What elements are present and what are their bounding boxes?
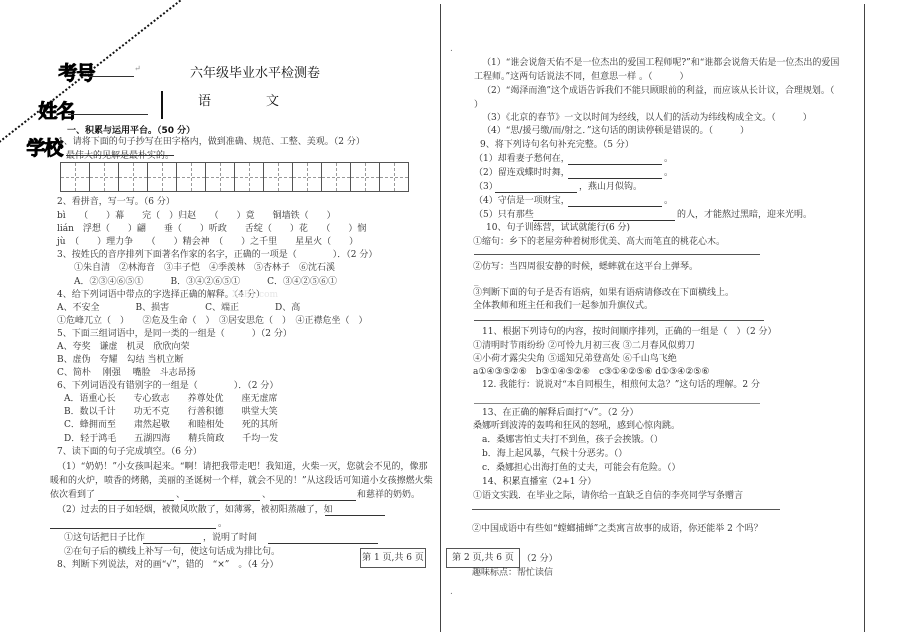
q12-text: 12. 我能行：说说对“本自同根生，相煎何太急？”这句话的理解。2 分 [482, 379, 760, 391]
answer-blank[interactable] [50, 518, 216, 529]
grid-cell[interactable] [380, 163, 409, 191]
q13-option: a．桑娜害怕丈夫打不到鱼，孩子会挨饿。（） [482, 434, 663, 446]
grid-cell[interactable] [264, 163, 293, 191]
q2-row: jù （ ）理力争 （ ）精会神 （ ）之千里 星星火（ ） [57, 236, 358, 248]
q8-item: 工程师。”这两句话说法不同，但意思一样 。（ ） [474, 71, 688, 83]
answer-blank[interactable] [325, 505, 385, 516]
answer-blank[interactable] [270, 490, 356, 501]
q13-text: 13、在正确的解释后面打“√”。（2 分） [482, 407, 638, 419]
q7-passage-prefix: 依次看到了 [50, 489, 95, 501]
q3-text: 3、按姓氏的音序排列下面著名作家的名字，正确的一项是（ ）．（2 分） [57, 249, 377, 261]
q9-prefix: （4）守信是一项财宝， [474, 195, 570, 207]
score-label: （2 分） [522, 553, 558, 565]
q5-option: B、虚伪 夸耀 勾结 当机立断 [57, 354, 183, 366]
q4-meanings: A、不安全 B、损害 C、端正 D、高 [57, 302, 300, 314]
school-label: 学校 [26, 133, 62, 160]
q8-item: （2）“竭泽而渔”这个成语告诉我们不能只顾眼前的利益，而应该从长计议，合理规划。… [482, 85, 834, 97]
grid-cell[interactable] [351, 163, 380, 191]
fun-punctuation: 趣味标点：帮忙读信 [472, 567, 553, 579]
cursor-bar [161, 91, 163, 119]
subject-char-1: 语 [198, 90, 211, 109]
q9-suffix: 。 [664, 195, 673, 207]
q6-text: 6、下列词语没有错别字的一组是（ ）．（2 分） [57, 380, 278, 392]
q7-passage: （1）“奶奶！”小女孩叫起来。“啊！请把我带走吧！我知道，火柴一灭，您就会不见的… [57, 461, 428, 473]
grid-cell[interactable] [177, 163, 206, 191]
q14-text: 14、积累直播室（2+1 分） [482, 476, 596, 488]
q10-3: ③判断下面的句子是否有语病，如果有语病请修改在下面横线上。 [473, 287, 734, 299]
q11-options: a①④③⑤②⑥ b③①④⑤②⑥ c③①④②⑤⑥ d①③④②⑤⑥ [473, 366, 709, 378]
q8-item: ） [474, 99, 483, 111]
answer-line[interactable] [474, 320, 764, 321]
return-mark-icon: ↵ [134, 64, 141, 73]
q10-text: 10、句子训练营，试试就能行(6 分) [486, 222, 630, 234]
q8-item: （3）《北京的春节》一文以时间为经线，以人们的活动为纬线构成全文。（ ） [482, 112, 812, 124]
q4-items: ①危峰兀立（ ） ②危及生命（ ） ③居安思危（ ） ④正襟危坐（ ） [57, 315, 368, 327]
exam-number-field[interactable] [88, 66, 134, 77]
answer-blank[interactable] [98, 490, 174, 501]
q6-option: D．轻于鸿毛 五湖四海 精兵简政 千均一发 [64, 433, 278, 445]
q6-option: B．数以千计 功无不克 行善积德 哄堂大笑 [64, 406, 278, 418]
q2-text: 2、看拼音，写一写。（6 分） [57, 196, 175, 208]
q11-text: 11、根据下列诗句的内容，按时间顺序排列，正确的一组是（ ）（2 分） [482, 326, 777, 338]
grid-cell[interactable] [119, 163, 148, 191]
answer-line[interactable] [474, 403, 760, 404]
q5-option: C、简朴 刚强 嘴脸 斗志昂扬 [57, 367, 196, 379]
subject-char-2: 文 [266, 90, 279, 109]
q7-sub1-prefix: ①这句话把日子比作 [64, 532, 145, 544]
page-number-box: 第 1 页,共 6 页 [360, 548, 426, 568]
q13-option: c．桑娜担心出海打鱼的丈夫，可能会有危险。（） [482, 462, 681, 474]
answer-blank[interactable] [184, 490, 260, 501]
section-1-heading: 一、积累与运用平台。（50 分） [67, 123, 195, 136]
answer-blank[interactable] [568, 154, 662, 165]
q9-suffix: 的人，才能熬过黑暗，迎来光明。 [677, 209, 812, 221]
q9-text: 9、将下列诗句名句补充完整。（5 分） [480, 139, 634, 151]
q1-sentence: 最伟大的见解是最朴实的。 [66, 150, 174, 162]
q9-suffix: ，燕山月似钩。 [579, 181, 642, 193]
q13-option: b．海上起风暴，气候十分恶劣。（） [482, 448, 627, 460]
grid-cell[interactable] [90, 163, 119, 191]
q1-text: 1、请将下面的句子抄写在田字格内，做到准确、规范、工整、美观。（2 分） [58, 136, 365, 148]
name-field[interactable] [68, 104, 148, 115]
grid-cell[interactable] [61, 163, 90, 191]
q7-sub1-mid: ，说明了时间 [203, 532, 257, 544]
q14-2: ②中国成语中有些如“螳螂捕蝉”之类寓言故事的成语，你还能举 2 个吗？ [472, 523, 763, 535]
q6-option: A．语重心长 专心致志 养尊处优 座无虚席 [64, 393, 278, 405]
q9-prefix: （5）只有那些 [474, 209, 534, 221]
q9-prefix: （1）却看妻子愁何在， [474, 153, 570, 165]
q3-options: A．②③④⑥⑤① B．③④②⑥⑤① C．③④②⑤⑥① [74, 276, 337, 288]
answer-blank[interactable] [533, 210, 675, 221]
exam-title: 六年级毕业水平检测卷 [190, 62, 320, 81]
q7-sub2: ②在句子后的横线上补写一句，使这句话成为排比句。 [64, 546, 280, 558]
q7-passage: 暖和的火炉，喷香的烤鹅，美丽的圣诞树一个样，就会不见的！”从这段话可知道小女孩擦… [50, 475, 433, 487]
answer-blank[interactable] [568, 196, 662, 207]
period: 。 [218, 518, 227, 530]
grid-cell[interactable] [293, 163, 322, 191]
answer-blank[interactable] [568, 168, 662, 179]
q9-prefix: （2）留连戏蝶时时舞， [474, 167, 570, 179]
answer-blank[interactable] [268, 533, 378, 544]
page-right-border [864, 4, 865, 632]
q10-1: ①缩句：乡下的老屋旁种着树形优美、高大而笔直的桃花心木。 [473, 236, 725, 248]
q13-sentence: 桑娜听到波涛的轰鸣和狂风的怒吼，感到心惊肉跳。 [473, 420, 680, 432]
grid-cell[interactable] [235, 163, 264, 191]
q9-suffix: 。 [664, 167, 673, 179]
dash-mark: _ [474, 275, 479, 287]
q8-item: （1）“谁会说詹天佑不是一位杰出的爱国工程师呢?”和“谁都会说詹天佑是一位杰出的… [482, 57, 839, 69]
writing-grid[interactable] [60, 162, 409, 192]
q2-row: lián 浮想（ ）翩 垂（ ）听政 舌绽（ ）花 （ ）悯 [57, 223, 366, 235]
q7-text: 7、读下面的句子完成填空。（6 分） [57, 446, 202, 458]
q3-names: ①朱自清 ②林海音 ③丰子恺 ④季羡林 ⑤杏林子 ⑥沈石溪 [74, 262, 335, 274]
q11-line: ①清明时节雨纷纷 ②可怜九月初三夜 ③二月春风似剪刀 [473, 340, 695, 352]
q9-suffix: 。 [664, 153, 673, 165]
q8-item: （4）“思/援弓缴/而/射之．”这句话的朗读停顿是错误的。（ ） [482, 125, 749, 137]
q2-row: bì （ ）幕 完（ ）归赵 （ ）竟 铜墙铁（ ） [57, 210, 336, 222]
q10-3-sentence: 全体教师和班主任和我们一起参加升旗仪式。 [473, 300, 653, 312]
dot-mark: . [450, 43, 453, 55]
q6-option: C．蜂拥而至 肃然起敬 和睦相处 死的其所 [64, 419, 278, 431]
q14-1: ①语文实践．在毕业之际，请你给一直缺乏自信的李亮同学写条赠言 [473, 490, 743, 502]
answer-blank[interactable] [143, 533, 201, 544]
q5-text: 5、下面三组词语中，是同一类的一组是（ ）（2 分） [57, 328, 292, 340]
answer-blank[interactable] [495, 182, 577, 193]
q10-2: ②仿写：当四周很安静的时候，蟋蟀就在这平台上弹琴。 [473, 261, 698, 273]
q11-line: ④小荷才露尖尖角 ⑤遥知兄弟登高处 ⑥千山鸟飞绝 [473, 353, 677, 365]
page-number-box: 第 2 页,共 6 页 [446, 548, 520, 568]
page-divider-line [440, 4, 441, 632]
grid-cell[interactable] [322, 163, 351, 191]
q5-option: A、夸奖 谦虚 机灵 欣欣向荣 [57, 341, 190, 353]
answer-line[interactable] [472, 509, 780, 510]
dot-mark: . [450, 586, 453, 598]
grid-cell[interactable] [148, 163, 177, 191]
watermark: XkB1.com [232, 289, 278, 301]
answer-line[interactable] [474, 254, 760, 255]
q7-passage-suffix: 和慈祥的奶奶。 [357, 489, 420, 501]
grid-cell[interactable] [206, 163, 235, 191]
q8-text: 8、判断下列说法，对的画“√”，错的 “×” 。（4 分） [57, 559, 279, 571]
q7-passage-2: （2）过去的日子如轻烟，被微风吹散了，如薄雾，被初阳蒸融了，如 [57, 504, 333, 516]
